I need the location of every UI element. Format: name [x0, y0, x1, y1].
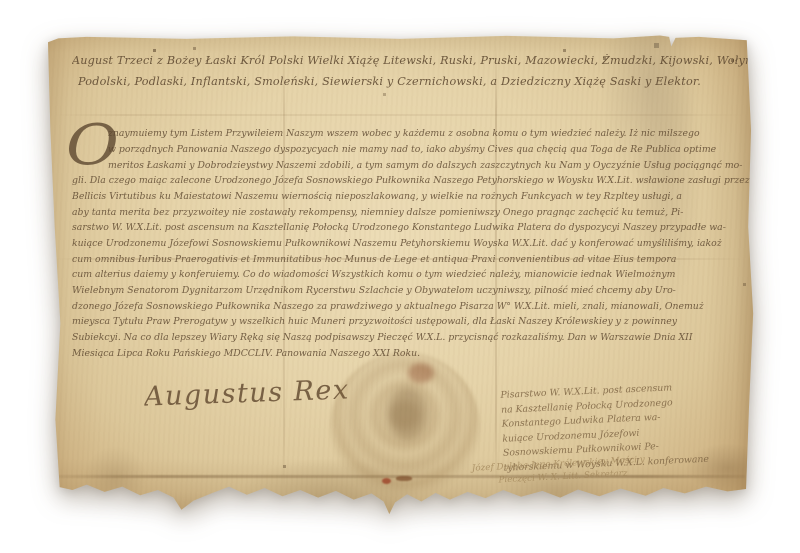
seal-dark-smudge: [408, 363, 434, 383]
seal-coat-of-arms: [387, 388, 427, 440]
document-paper: August Trzeci z Bożey Łaski Król Polski …: [44, 34, 756, 516]
royal-signature: Augustus Rex: [144, 374, 351, 412]
body-line: cum alterius daiemy y konferuiemy. Co do…: [72, 269, 752, 280]
body-line: mieysca Tytułu Praw Prerogatyw y wszelki…: [72, 316, 752, 327]
royal-title-line-2: Podolski, Podlaski, Inflantski, Smoleńsk…: [78, 75, 758, 88]
underline-line-pre: gli. Dla czego maiąc zalecone Urodzonego: [72, 175, 274, 186]
underline-line-post: w Woysku W.X.Lit. wsławione zasługi prze…: [543, 175, 749, 186]
underlined-name: Józefa Sosnowskiego Pułkownika Naszego P…: [274, 175, 543, 186]
body-line: Subiekcyi. Na co dla lepszey Wiary Ręką …: [72, 332, 752, 343]
body-line: cum omnibus Iuribus Praerogativis et Imm…: [72, 254, 752, 265]
body-line-underlined: gli. Dla czego maiąc zalecone Urodzonego…: [72, 175, 752, 186]
body-line: meritos Łaskami y Dobrodzieystwy Naszemi…: [108, 160, 752, 171]
body-line: Wielebnym Senatorom Dygnitarzom Urzędnik…: [72, 285, 752, 296]
body-line: kuiące Urodzonemu Józefowi Sosnowskiemu …: [72, 238, 752, 249]
fold-crease-vertical-left: [283, 44, 285, 492]
body-line: znaymuiemy tym Listem Przywileiem Naszym…: [108, 128, 752, 139]
stain-specks: [44, 34, 45, 35]
body-line: aby tanta merita bez przyzwoitey nie zos…: [72, 207, 752, 218]
document-shadow-wrap: August Trzeci z Bożey Łaski Król Polski …: [44, 34, 756, 516]
fold-crease-vertical-right: [495, 44, 497, 492]
body-line: dzonego Józefa Sosnowskiego Pułkownika N…: [72, 301, 752, 312]
body-line: w porządnych Panowania Naszego dyspozycy…: [108, 144, 752, 155]
royal-title-line-1: August Trzeci z Bożey Łaski Król Polski …: [72, 54, 752, 67]
tear-stain: [396, 476, 412, 481]
body-line: sarstwo W. W.X.Lit. post ascensum na Kas…: [72, 222, 752, 233]
red-sealing-wax-fleck: [382, 478, 391, 484]
photo-background: August Trzeci z Bożey Łaski Król Polski …: [0, 0, 800, 553]
body-line: Bellicis Virtutibus ku Maiestatowi Nasze…: [72, 191, 752, 202]
fold-crease-horizontal-top: [55, 114, 746, 116]
